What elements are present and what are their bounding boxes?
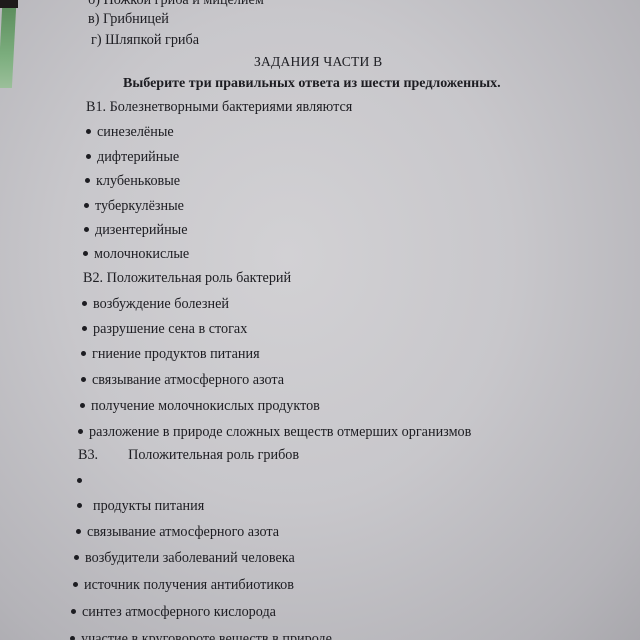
bullet-icon <box>84 227 89 232</box>
b2-option: гниение продуктов питания <box>81 346 260 362</box>
b1-option: дизентерийные <box>84 222 188 238</box>
bullet-icon <box>82 326 87 331</box>
bullet-icon <box>80 403 85 408</box>
bullet-icon <box>84 203 89 208</box>
b3-option: возбудители заболеваний человека <box>74 550 295 566</box>
bullet-icon <box>82 301 87 306</box>
bullet-icon <box>86 154 91 159</box>
b2-option: возбуждение болезней <box>82 296 229 312</box>
b2-option: получение молочнокислых продуктов <box>80 398 320 414</box>
b1-option: синезелёные <box>86 124 174 140</box>
option-g: г) Шляпкой гриба <box>91 32 199 48</box>
bullet-icon <box>77 503 82 508</box>
b1-option: дифтерийные <box>86 149 179 165</box>
b3-option: источник получения антибиотиков <box>73 577 294 593</box>
b2-option: связывание атмосферного азота <box>81 372 284 388</box>
green-object-edge <box>0 8 16 88</box>
bullet-icon <box>77 478 82 483</box>
b2-option: разложение в природе сложных веществ отм… <box>78 424 471 440</box>
bullet-icon <box>81 351 86 356</box>
bullet-icon <box>70 636 75 640</box>
section-title: ЗАДАНИЯ ЧАСТИ В <box>254 54 382 70</box>
b3-option-empty <box>77 473 88 489</box>
b3-option: продукты питания <box>77 498 204 514</box>
bullet-icon <box>81 377 86 382</box>
option-b-cut: б) Ножкой гриба и мицелием <box>88 0 264 8</box>
bullet-icon <box>78 429 83 434</box>
b1-option: туберкулёзные <box>84 198 184 214</box>
question-b2-label: В2. Положительная роль бактерий <box>83 270 291 286</box>
bullet-icon <box>74 555 79 560</box>
section-instruction: Выберите три правильных ответа из шести … <box>123 76 501 92</box>
b3-option: синтез атмосферного кислорода <box>71 604 276 620</box>
question-b1-label: В1. Болезнетворными бактериями являются <box>86 99 352 115</box>
option-v: в) Грибницей <box>88 11 169 27</box>
question-b3-label: В3.Положительная роль грибов <box>78 447 299 463</box>
bullet-icon <box>86 129 91 134</box>
b3-option-cut: участие в круговороте веществ в природе <box>70 631 332 640</box>
bullet-icon <box>71 609 76 614</box>
b1-option: молочнокислые <box>83 246 189 262</box>
bullet-icon <box>83 251 88 256</box>
background-edge <box>0 0 18 8</box>
b2-option: разрушение сена в стогах <box>82 321 247 337</box>
document-photo: б) Ножкой гриба и мицелием в) Грибницей … <box>0 0 640 640</box>
b1-option: клубеньковые <box>85 173 180 189</box>
bullet-icon <box>85 178 90 183</box>
bullet-icon <box>76 529 81 534</box>
bullet-icon <box>73 582 78 587</box>
b3-option: связывание атмосферного азота <box>76 524 279 540</box>
